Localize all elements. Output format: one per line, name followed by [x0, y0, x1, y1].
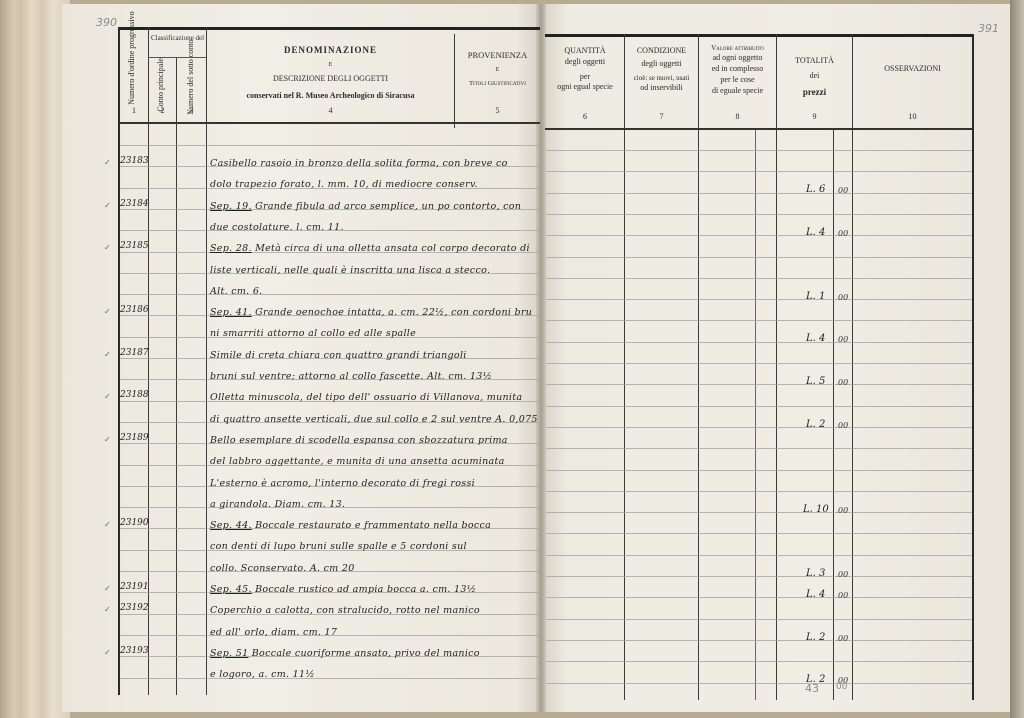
- entry-number: 23183: [120, 156, 149, 166]
- header-col4-num: 4: [207, 106, 454, 115]
- ruled-line-left: [120, 294, 538, 295]
- entry-description-line: bruni sul ventre; attorno al collo fasce…: [210, 371, 492, 382]
- entry-number: 23186: [120, 305, 149, 315]
- ruled-line-right: [546, 661, 972, 662]
- provenienza-title: PROVENIENZA: [455, 50, 540, 61]
- condizione-title: CONDIZIONE: [625, 46, 698, 57]
- right-border: [972, 34, 974, 700]
- entry-description-line: ni smarriti attorno al collo ed alle spa…: [210, 328, 416, 339]
- col-divider-1: [148, 27, 149, 695]
- denominazione-line3: conservati nel R. Museo Archeologico di …: [207, 91, 454, 102]
- ruled-line-left: [120, 678, 538, 679]
- page-total-cents: 00: [836, 682, 847, 692]
- ruled-line-right: [546, 470, 972, 471]
- header-col6-num: 6: [546, 112, 624, 121]
- entry-description-line: Sep. 28. Metà circa di una olletta ansat…: [210, 243, 530, 254]
- ruled-line-right: [546, 491, 972, 492]
- denominazione-and: E: [207, 61, 454, 69]
- header-col1-num: 1: [120, 106, 148, 115]
- left-border: [118, 27, 120, 695]
- header-col7-num: 7: [625, 112, 698, 121]
- entry-price: L. 5: [806, 376, 825, 387]
- osservazioni-title: OSSERVAZIONI: [853, 64, 972, 75]
- entry-price: L. 3: [806, 568, 825, 579]
- valore-l3: ed in complesso: [699, 64, 776, 75]
- entry-number: 23189: [120, 433, 149, 443]
- header-col10-num: 10: [853, 112, 972, 121]
- ruled-line-right: [546, 342, 972, 343]
- quantita-title: QUANTITÀ: [546, 46, 624, 57]
- entry-description-line: Simile di creta chiara con quattro grand…: [210, 350, 467, 361]
- entry-price-cents: 00: [838, 570, 848, 579]
- header-col8-num: 8: [699, 112, 776, 121]
- right-book-edge: [1010, 0, 1024, 718]
- entry-description-line: Olletta minuscola, del tipo dell' ossuar…: [210, 392, 522, 403]
- entry-description-line: Bello esemplare di scodella espansa con …: [210, 435, 508, 446]
- ruled-line-right: [546, 320, 972, 321]
- header-col7: CONDIZIONE degli oggetti cioè: se nuovi,…: [625, 46, 698, 94]
- entry-description-line: con denti di lupo bruni sulle spalle e 5…: [210, 541, 467, 552]
- entry-description-line: di quattro ansette verticali, due sul co…: [210, 414, 538, 425]
- ruled-line-right: [546, 299, 972, 300]
- entry-description-line: Sep. 41. Grande oenochoe intatta, a. cm.…: [210, 307, 532, 318]
- header-col5: PROVENIENZA E Titoli Giustificativi: [455, 50, 540, 88]
- entry-price-cents: 00: [838, 229, 848, 238]
- ruled-line-right: [546, 619, 972, 620]
- ruled-line-left: [120, 145, 538, 146]
- entry-price: L. 6: [806, 184, 825, 195]
- checkmark-icon: ✓: [104, 605, 111, 614]
- header-col3-num: 3: [177, 106, 206, 115]
- entry-number: 23190: [120, 518, 149, 528]
- right-header-top-rule: [545, 34, 973, 37]
- page-total-value: 43: [805, 682, 819, 695]
- denominazione-title: DENOMINAZIONE: [207, 44, 454, 56]
- ruled-line-right: [546, 278, 972, 279]
- col-divider-3: [206, 27, 207, 695]
- header-classification: Classificazione del: [149, 34, 206, 43]
- valore-l5: di eguale specie: [699, 86, 776, 97]
- ruled-line-right: [546, 512, 972, 513]
- entry-price-cents: 00: [838, 335, 848, 344]
- ruled-line-right: [546, 555, 972, 556]
- col-divider-9: [852, 34, 853, 700]
- entry-description-line: Alt. cm. 6.: [210, 286, 263, 297]
- entry-description-line: Sep. 44. Boccale restaurato e frammentat…: [210, 520, 491, 531]
- entry-price: L. 10: [803, 504, 829, 515]
- col-divider-7: [698, 34, 699, 700]
- entry-number: 23187: [120, 348, 149, 358]
- entry-price-cents: 00: [838, 421, 848, 430]
- ruled-line-right: [546, 640, 972, 641]
- ruled-line-right: [546, 406, 972, 407]
- entry-price: L. 4: [806, 589, 825, 600]
- col-divider-6: [624, 34, 625, 700]
- book-page-edges: [0, 0, 70, 718]
- entry-description-line: dolo trapezio forato, l. mm. 10, di medi…: [210, 179, 478, 190]
- entry-number: 23193: [120, 646, 149, 656]
- ruled-line-right: [546, 384, 972, 385]
- right-page-number: 391: [978, 22, 999, 35]
- checkmark-icon: ✓: [104, 350, 111, 359]
- entry-description-line: Casibello rasoio in bronzo della solita …: [210, 158, 508, 169]
- ruled-line-right: [546, 427, 972, 428]
- denominazione-subtitle: DESCRIZIONE DEGLI OGGETTI: [207, 74, 454, 85]
- entry-description-line: e logoro, a. cm. 11½: [210, 669, 315, 680]
- entry-description-line: del labbro aggettante, e munita di una a…: [210, 456, 505, 467]
- header-col2-num: 2: [149, 106, 176, 115]
- quantita-l4: ogni egual specie: [546, 82, 624, 93]
- entry-price: L. 2: [806, 632, 825, 643]
- condizione-l3: cioè: se nuovi, usati: [625, 74, 698, 83]
- entry-description-line: collo. Sconservato. A. cm 20: [210, 563, 355, 574]
- checkmark-icon: ✓: [104, 435, 111, 444]
- header-col1: Numero d'ordine progressivo: [127, 25, 137, 105]
- entry-description-line: Sep. 51 Boccale cuoriforme ansato, privo…: [210, 648, 480, 659]
- left-page-number: 390: [96, 16, 117, 29]
- ruled-line-right: [546, 597, 972, 598]
- checkmark-icon: ✓: [104, 307, 111, 316]
- ruled-line-right: [546, 448, 972, 449]
- entry-number: 23185: [120, 241, 149, 251]
- entry-number: 23184: [120, 199, 149, 209]
- totalita-l3: prezzi: [777, 86, 852, 98]
- ruled-line-right: [546, 235, 972, 236]
- ruled-line-right: [546, 193, 972, 194]
- entry-price-cents: 00: [838, 186, 848, 195]
- ruled-line-right: [546, 576, 972, 577]
- checkmark-icon: ✓: [104, 648, 111, 657]
- valore-l4: per le cose: [699, 75, 776, 86]
- col-divider-9-sub: [833, 130, 834, 700]
- col-divider-8: [776, 34, 777, 700]
- entry-number: 23192: [120, 603, 149, 613]
- header-col8: Valore attribuito ad ogni oggetto ed in …: [699, 44, 776, 97]
- provenienza-subtitle: Titoli Giustificativi: [455, 80, 540, 89]
- header-col10: OSSERVAZIONI: [853, 64, 972, 75]
- ruled-line-right: [546, 533, 972, 534]
- ruled-line-right: [546, 683, 972, 684]
- ruled-line-right: [546, 257, 972, 258]
- left-header-top-rule: [118, 27, 540, 30]
- entry-number: 23188: [120, 390, 149, 400]
- entry-description-line: Coperchio a calotta, con stralucido, rot…: [210, 605, 480, 616]
- condizione-l2: degli oggetti: [625, 59, 698, 70]
- totalita-l2: dei: [777, 71, 852, 82]
- entry-price: L. 4: [806, 227, 825, 238]
- ruled-line-right: [546, 171, 972, 172]
- valore-l2: ad ogni oggetto: [699, 53, 776, 64]
- checkmark-icon: ✓: [104, 243, 111, 252]
- header-col5-num: 5: [455, 106, 540, 115]
- header-col4: DENOMINAZIONE E DESCRIZIONE DEGLI OGGETT…: [207, 44, 454, 102]
- condizione-l4: od inservibili: [625, 83, 698, 94]
- right-header-bottom-rule: [545, 128, 973, 130]
- quantita-l2: degli oggetti: [546, 57, 624, 68]
- ruled-line-right: [546, 363, 972, 364]
- left-header-bottom-rule: [118, 122, 540, 124]
- valore-title: Valore attribuito: [699, 44, 776, 53]
- entry-description-line: ed all' orlo, diam. cm. 17: [210, 627, 337, 638]
- entry-price-cents: 00: [838, 378, 848, 387]
- entry-description-line: a girandola. Diam. cm. 13.: [210, 499, 345, 510]
- entry-price-cents: 00: [838, 634, 848, 643]
- checkmark-icon: ✓: [104, 158, 111, 167]
- header-col9-num: 9: [777, 112, 852, 121]
- header-col6: QUANTITÀ degli oggetti per ogni egual sp…: [546, 46, 624, 93]
- provenienza-and: E: [455, 66, 540, 74]
- checkmark-icon: ✓: [104, 392, 111, 401]
- entry-price-cents: 00: [838, 591, 848, 600]
- entry-price-cents: 00: [838, 506, 848, 515]
- ruled-line-right: [546, 214, 972, 215]
- entry-description-line: L'esterno è acromo, l'interno decorato d…: [210, 478, 475, 489]
- quantita-l3: per: [546, 72, 624, 83]
- right-page: [540, 4, 1010, 712]
- entry-number: 23191: [120, 582, 149, 592]
- entry-description-line: due costolature. l. cm. 11.: [210, 222, 344, 233]
- totalita-title: TOTALITÀ: [777, 56, 852, 67]
- entry-price: L. 2: [806, 419, 825, 430]
- checkmark-icon: ✓: [104, 584, 111, 593]
- header-col9: TOTALITÀ dei prezzi: [777, 56, 852, 98]
- entry-price-cents: 00: [838, 293, 848, 302]
- ruled-line-right: [546, 150, 972, 151]
- entry-description-line: Sep. 19. Grande fibula ad arco semplice,…: [210, 201, 521, 212]
- entry-description-line: Sep. 45. Boccale rustico ad ampia bocca …: [210, 584, 476, 595]
- entry-price: L. 4: [806, 333, 825, 344]
- entry-description-line: liste verticali, nelle quali è inscritta…: [210, 265, 490, 276]
- col-divider-2: [176, 57, 177, 695]
- checkmark-icon: ✓: [104, 520, 111, 529]
- col-divider-8-sub: [755, 130, 756, 700]
- entry-price: L. 1: [806, 291, 825, 302]
- checkmark-icon: ✓: [104, 201, 111, 210]
- page-total: 43: [805, 682, 819, 695]
